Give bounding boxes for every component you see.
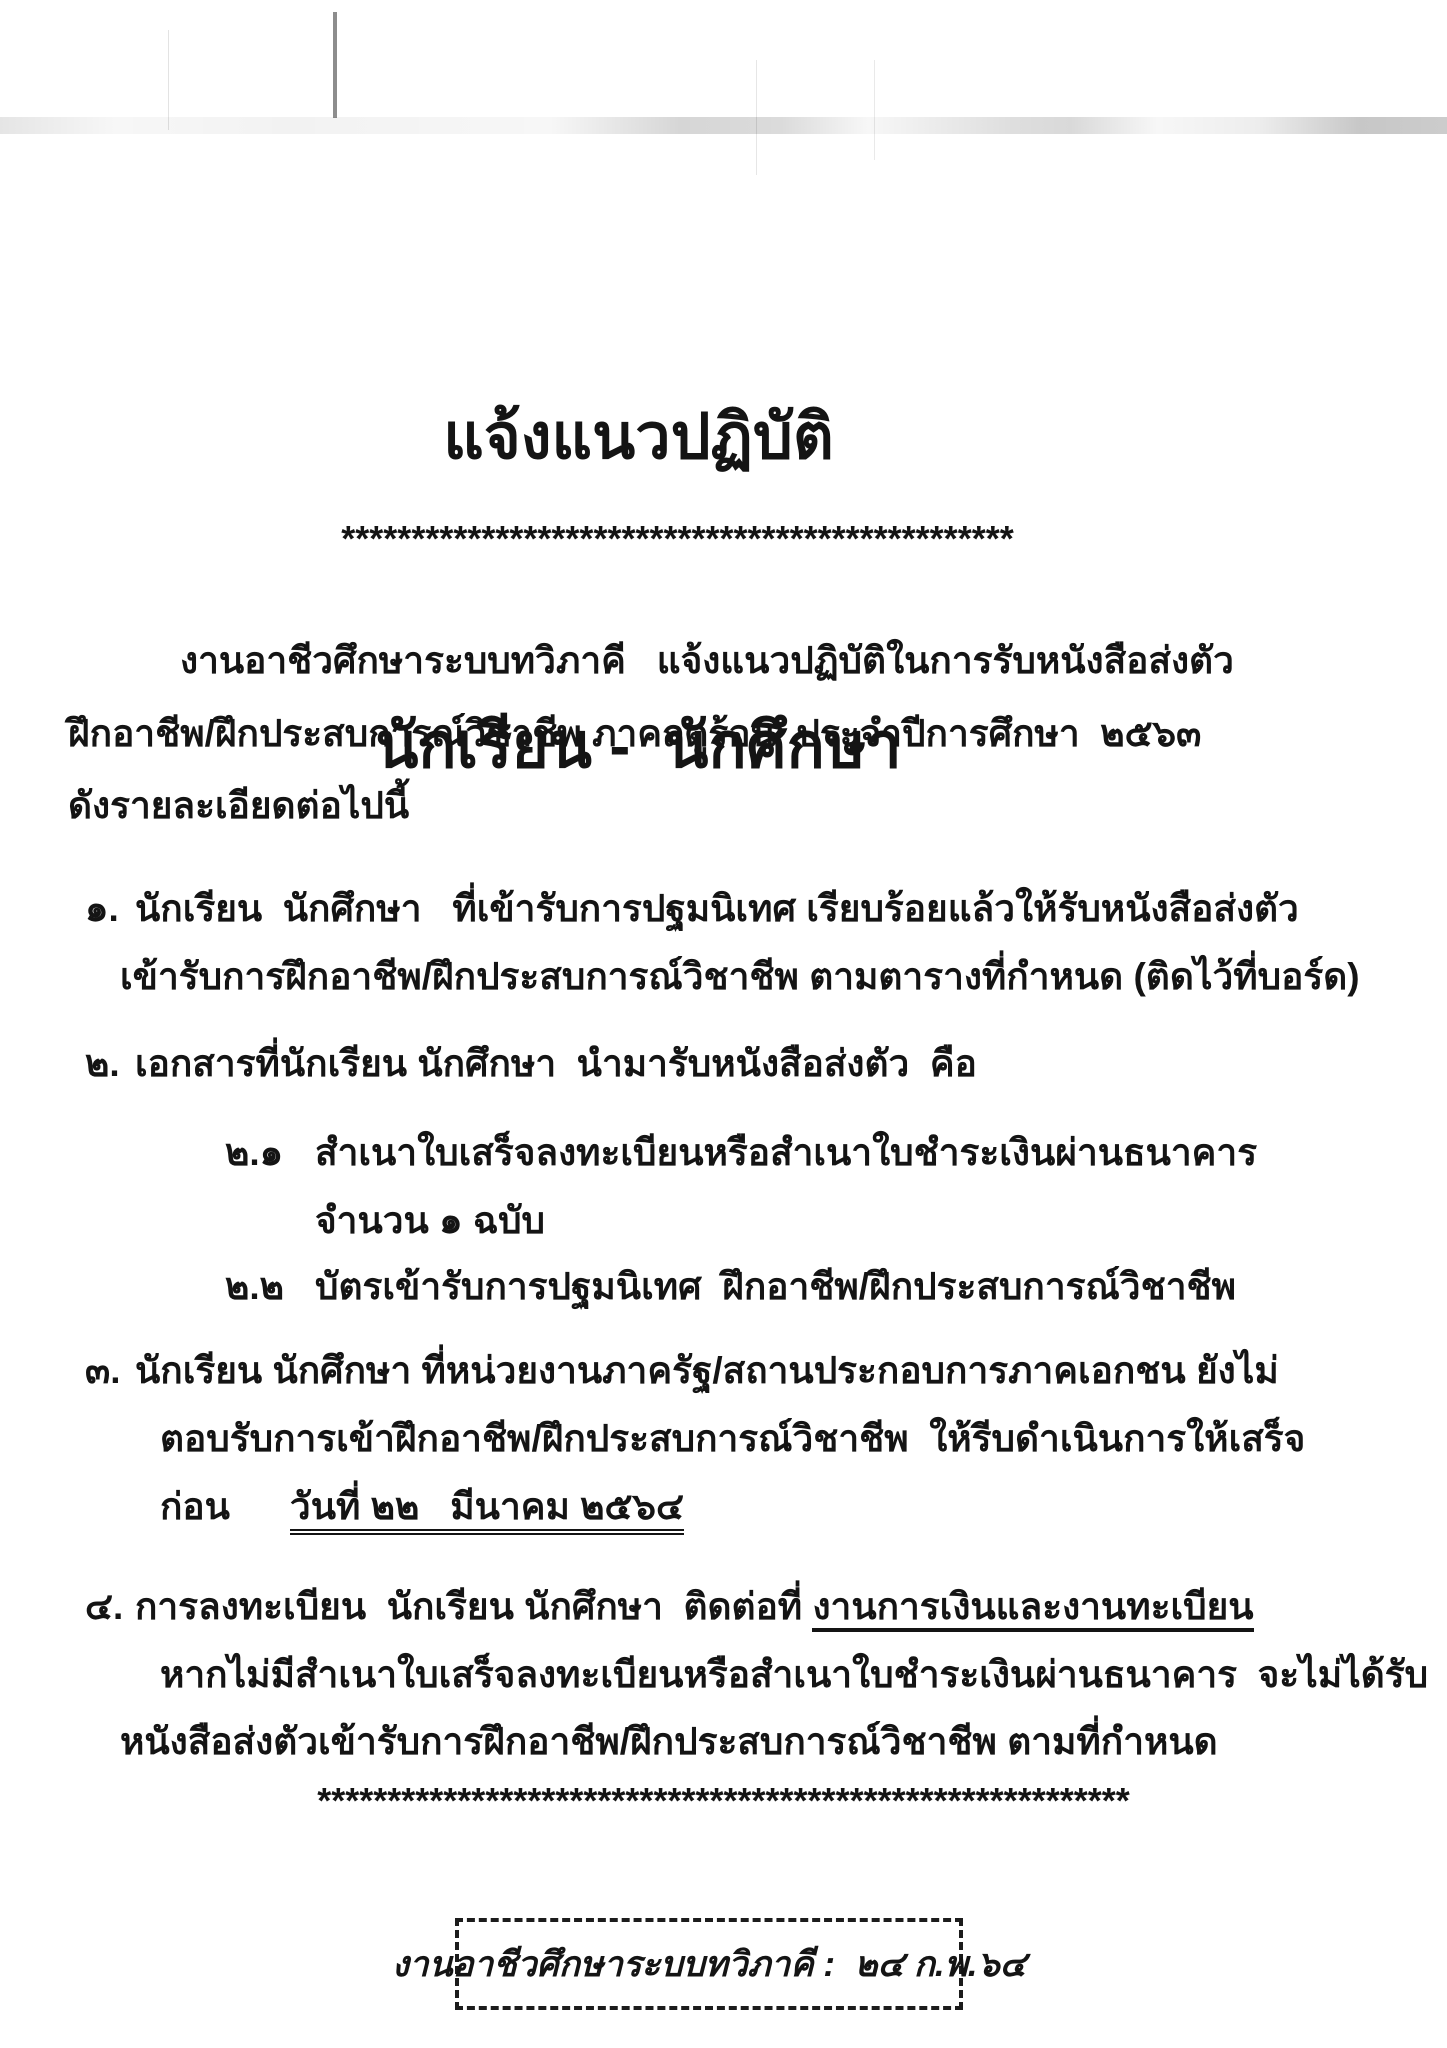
item-2-1-number: ๒.๑ (225, 1124, 315, 1182)
item-3-line-1: ๓.นักเรียน นักศึกษา ที่หน่วยงานภาครัฐ/สถ… (85, 1342, 1279, 1400)
footer-stamp-text: งานอาชีวศึกษาระบบทวิภาคี : ๒๔ ก.พ.๖๔ (392, 1937, 1026, 1992)
item-2-2-number: ๒.๒ (225, 1258, 315, 1316)
scan-artifact-faint-line (756, 60, 757, 175)
asterisk-separator-top: ****************************************… (0, 518, 1355, 560)
item-3-text: นักเรียน นักศึกษา ที่หน่วยงานภาครัฐ/สถาน… (135, 1350, 1279, 1391)
item-2-text: เอกสารที่นักเรียน นักศึกษา นำมารับหนังสื… (135, 1043, 977, 1084)
department-name-underlined: งานการเงินและงานทะเบียน (812, 1586, 1253, 1632)
item-4-line-3: หนังสือส่งตัวเข้ารับการฝึกอาชีพ/ฝึกประสบ… (120, 1713, 1218, 1771)
deadline-date-underlined: วันที่ ๒๒ มีนาคม ๒๕๖๔ (290, 1486, 684, 1535)
item-2-2-text: บัตรเข้ารับการปฐมนิเทศ ฝึกอาชีพ/ฝึกประสบ… (315, 1266, 1236, 1307)
asterisk-separator-bottom: ****************************************… (0, 1780, 1447, 1822)
scanned-document-page: แจ้งแนวปฏิบัติ นักเรียน - นักศึกษา *****… (0, 0, 1447, 2048)
title-line-1: แจ้งแนวปฏิบัติ (0, 386, 1277, 489)
item-1-number: ๑. (85, 880, 135, 938)
item-2-1-line-2: จำนวน ๑ ฉบับ (315, 1192, 545, 1250)
intro-line-3: ดังรายละเอียดต่อไปนี้ (68, 777, 409, 835)
item-4-text: การลงทะเบียน นักเรียน นักศึกษา ติดต่อที่ (135, 1586, 812, 1627)
item-3-number: ๓. (85, 1342, 135, 1400)
item-2-2-line-1: ๒.๒บัตรเข้ารับการปฐมนิเทศ ฝึกอาชีพ/ฝึกปร… (225, 1258, 1236, 1316)
item-3-line-3: ก่อนวันที่ ๒๒ มีนาคม ๒๕๖๔ (160, 1478, 684, 1536)
item-2-1-line-1: ๒.๑สำเนาใบเสร็จลงทะเบียนหรือสำเนาใบชำระเ… (225, 1124, 1257, 1182)
item-1-line-2: เข้ารับการฝึกอาชีพ/ฝึกประสบการณ์วิชาชีพ … (120, 948, 1360, 1006)
item-3-line-2: ตอบรับการเข้าฝึกอาชีพ/ฝึกประสบการณ์วิชาช… (160, 1410, 1305, 1468)
scan-artifact-faint-line (168, 30, 169, 130)
item-4-number: ๔. (85, 1578, 135, 1636)
intro-line-2: ฝึกอาชีพ/ฝึกประสบการณ์วิชาชีพ ภาคฤดูร้อน… (68, 705, 1201, 763)
scan-artifact-faint-line (874, 60, 875, 160)
item-1-line-1: ๑.นักเรียน นักศึกษา ที่เข้ารับการปฐมนิเท… (85, 880, 1299, 938)
footer-stamp-box: งานอาชีวศึกษาระบบทวิภาคี : ๒๔ ก.พ.๖๔ (455, 1918, 963, 2010)
item-4-line-1: ๔.การลงทะเบียน นักเรียน นักศึกษา ติดต่อท… (85, 1578, 1254, 1636)
deadline-prefix: ก่อน (160, 1486, 230, 1527)
scan-artifact-streak (0, 117, 1447, 134)
intro-line-1: งานอาชีวศึกษาระบบทวิภาคี แจ้งแนวปฏิบัติใ… (180, 632, 1234, 690)
item-4-line-2: หากไม่มีสำเนาใบเสร็จลงทะเบียนหรือสำเนาใบ… (160, 1646, 1428, 1704)
item-1-text: นักเรียน นักศึกษา ที่เข้ารับการปฐมนิเทศ … (135, 888, 1299, 929)
item-2-number: ๒. (85, 1035, 135, 1093)
item-2-line-1: ๒.เอกสารที่นักเรียน นักศึกษา นำมารับหนัง… (85, 1035, 977, 1093)
scan-artifact-vertical-line (333, 12, 337, 118)
item-2-1-text: สำเนาใบเสร็จลงทะเบียนหรือสำเนาใบชำระเงิน… (315, 1132, 1257, 1173)
